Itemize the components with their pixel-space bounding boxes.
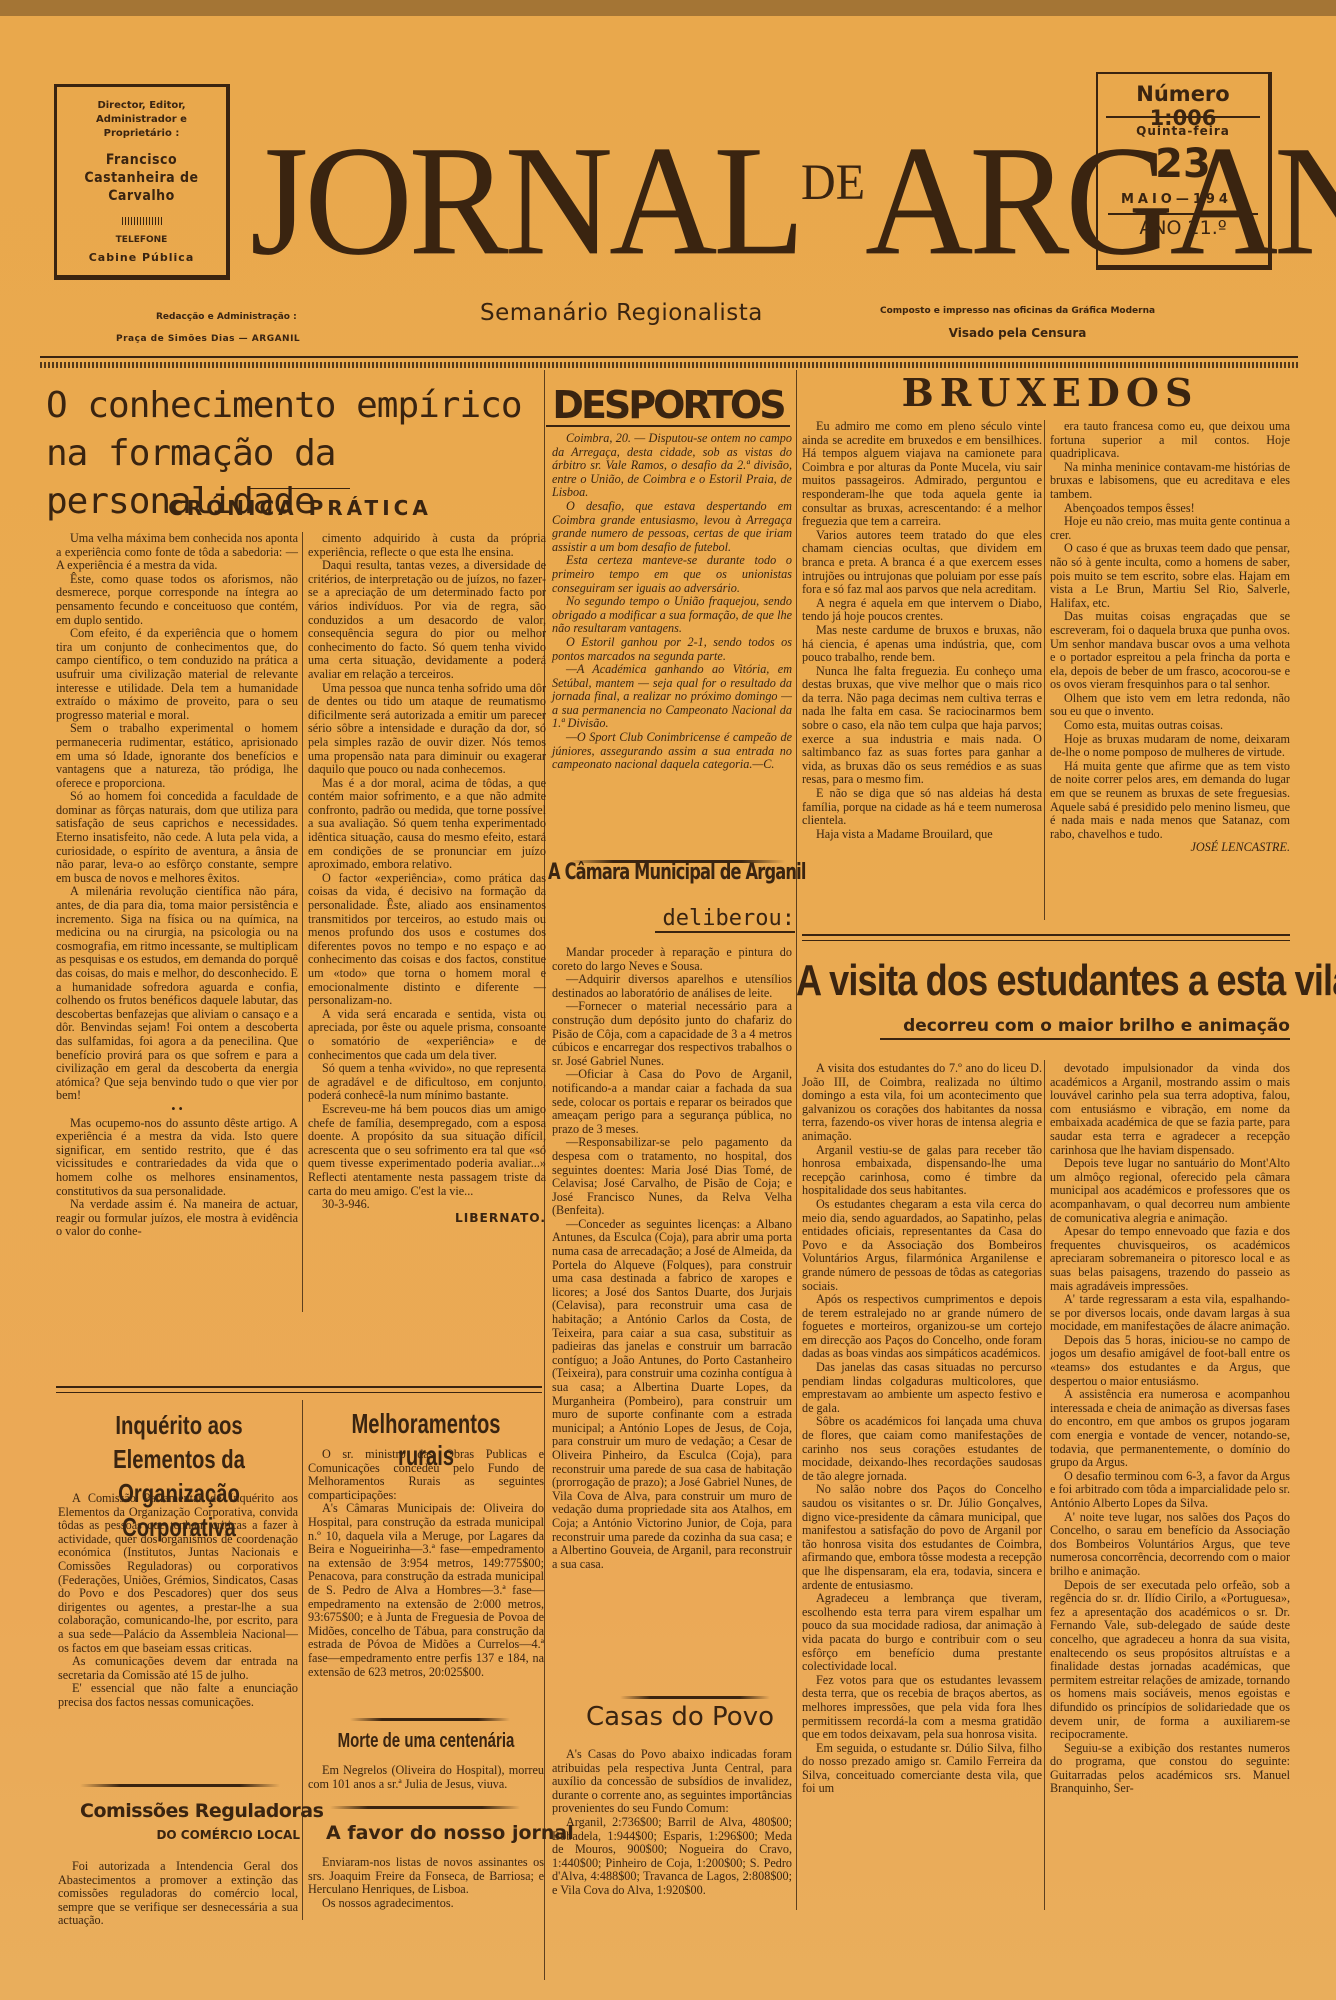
- separator-dots: • •: [56, 1103, 298, 1117]
- paragraph: Das muitas coisas engraçadas que se escr…: [1050, 610, 1290, 692]
- paragraph: Há muita gente que afirme que as tem vis…: [1050, 760, 1290, 842]
- paragraph: As comunicações devem dar entrada na sec…: [58, 1655, 298, 1682]
- morte-column: Em Negrelos (Oliveira do Hospital), morr…: [308, 1764, 544, 1791]
- paragraph: Haja vista a Madame Brouilard, que: [802, 828, 1042, 842]
- desportos-column: Coimbra, 20. — Disputou-se ontem no camp…: [552, 432, 792, 772]
- title-de: DE: [801, 155, 865, 211]
- masthead-dash-rule: [40, 362, 1298, 368]
- paragraph: O desafio terminou com 6-3, a favor da A…: [1050, 1470, 1290, 1511]
- bruxedos-column-1: Eu admiro me como em pleno século vinte …: [802, 420, 1042, 841]
- column-divider: [544, 370, 545, 1980]
- article-conhecimento-kicker: CRÓNICA PRÁTICA: [140, 496, 460, 520]
- paragraph: Escreveu-me há bem poucos dias um amigo …: [308, 1103, 546, 1198]
- paragraph: O desafio, que estava despertando em Coi…: [552, 500, 792, 554]
- printer-info: Composto e impresso nas oficinas da Gráf…: [880, 300, 1155, 344]
- dateline: 30-3-946.: [308, 1198, 546, 1212]
- paragraph: No segundo tempo o União fraquejou, send…: [552, 595, 792, 636]
- column-divider: [796, 370, 797, 1910]
- paragraph: Mas ocupemo-nos do assunto dêste artigo.…: [56, 1117, 298, 1199]
- paragraph: Depois teve lugar no santuário do Mont'A…: [1050, 1157, 1290, 1225]
- comissoes-column: Foi autorizada a Intendencia Geral dos A…: [58, 1860, 298, 1928]
- ornamental-divider: [330, 1806, 520, 1809]
- comissoes-subtitle: DO COMÉRCIO LOCAL: [140, 1828, 300, 1842]
- section-rule: [802, 940, 1290, 941]
- paragraph: Como esta, muitas outras coisas.: [1050, 719, 1290, 733]
- issue-weekday: Quinta-feira: [1098, 124, 1268, 138]
- paragraph: cimento adquirido à custa da própria exp…: [308, 532, 546, 559]
- issue-month-year: MAIO—1946: [1108, 192, 1258, 215]
- paragraph: Êste, como quase todos os aforismos, não…: [56, 573, 298, 627]
- paragraph: Na minha meninice contavam-me histórias …: [1050, 461, 1290, 502]
- paragraph: Depois das 5 horas, iniciou-se no campo …: [1050, 1334, 1290, 1388]
- paragraph: A negra é aquela em que intervem o Diabo…: [802, 597, 1042, 624]
- issue-box: Número 1:006 Quinta-feira 23 MAIO—1946 A…: [1096, 72, 1272, 270]
- paragraph: Em seguida, o estudante sr. Dúlio Silva,…: [802, 1742, 1042, 1796]
- paragraph: Coimbra, 20. — Disputou-se ontem no camp…: [552, 432, 792, 500]
- paragraph: Com efeito, é da experiência que o homem…: [56, 627, 298, 722]
- paragraph: Varios autores teem tratado do que eles …: [802, 529, 1042, 597]
- publisher-box: Director, Editor, Administrador e Propri…: [54, 84, 230, 280]
- section-rule: [56, 1386, 542, 1388]
- paragraph: Mandar proceder à reparação e pintura do…: [552, 946, 792, 973]
- paragraph: A' tarde regressaram a esta vila, espalh…: [1050, 1293, 1290, 1334]
- paragraph: Hoje as bruxas mudaram de nome, deixaram…: [1050, 733, 1290, 760]
- paragraph: A visita dos estudantes do 7.º ano do li…: [802, 1062, 1042, 1144]
- paragraph: Depois de ser executada pelo orfeão, sob…: [1050, 1579, 1290, 1742]
- paragraph: Sôbre os académicos foi lançada uma chuv…: [802, 1415, 1042, 1483]
- casas-povo-title: Casas do Povo: [560, 1702, 800, 1732]
- ornamental-divider: [80, 1784, 280, 1787]
- redacao-address: Praça de Simões Dias — ARGANIL: [116, 328, 300, 350]
- paragraph: No salão nobre dos Paços do Concelho sau…: [802, 1483, 1042, 1592]
- paragraph: Após os respectivos cumprimentos e depoi…: [802, 1293, 1042, 1361]
- visita-subtitle: decorreu com o maior brilho e animação: [880, 1016, 1290, 1040]
- paragraph: A milenária revolução científica não pár…: [56, 885, 298, 1103]
- paragraph: devotado impulsionador da vinda dos acad…: [1050, 1062, 1290, 1157]
- phone-label: TELEFONE: [65, 235, 218, 245]
- paragraph: Arganil, 2:736$00; Barril de Alva, 480$0…: [552, 1816, 792, 1898]
- paragraph: O sr. ministro das Obras Publicas e Comu…: [308, 1448, 544, 1502]
- paragraph: A vida será encarada e sentida, vista ou…: [308, 1008, 546, 1062]
- paragraph: —Adquirir diversos aparelhos e utensílio…: [552, 973, 792, 1000]
- column-divider: [302, 1400, 303, 1920]
- visita-title: A visita dos estudantes a esta vila: [796, 956, 1206, 1006]
- redacao-label: Redacção e Administração :: [116, 306, 300, 328]
- paragraph: Hoje eu não creio, mas muita gente conti…: [1050, 515, 1290, 542]
- paragraph: Uma pessoa que nunca tenha sofrido uma d…: [308, 682, 546, 777]
- casas-povo-column: A's Casas do Povo abaixo indicadas foram…: [552, 1748, 792, 1898]
- printer-line: Composto e impresso nas oficinas da Gráf…: [880, 300, 1155, 322]
- paragraph: Em Negrelos (Oliveira do Hospital), morr…: [308, 1764, 544, 1791]
- favor-column: Enviaram-nos listas de novos assinantes …: [308, 1856, 544, 1910]
- issue-year-label: ANO 21.º: [1098, 217, 1268, 239]
- column-divider: [1044, 420, 1045, 920]
- conhecimento-column-1: Uma velha máxima bem conhecida nos apont…: [56, 532, 298, 1239]
- paragraph: Fez votos para que os estudantes levasse…: [802, 1674, 1042, 1742]
- paragraph: Seguiu-se a exibição dos restantes numer…: [1050, 1742, 1290, 1796]
- paragraph: Apesar do tempo ennevoado que fazia e do…: [1050, 1225, 1290, 1293]
- paragraph: E não se diga que só nas aldeias há dest…: [802, 787, 1042, 828]
- camara-title: A Câmara Municipal de Arganil: [548, 860, 750, 885]
- issue-day: 23: [1098, 140, 1268, 188]
- paragraph: Arganil vestiu-se de galas para receber …: [802, 1144, 1042, 1198]
- paragraph: E' essencial que não falte a enunciação …: [58, 1682, 298, 1709]
- paragraph: Só quem a tenha «vivido», no que represe…: [308, 1062, 546, 1103]
- section-rule: [802, 934, 1290, 936]
- column-divider: [302, 532, 303, 1312]
- paragraph: —Fornecer o material necessário para a c…: [552, 1000, 792, 1068]
- paragraph: Abençoados tempos êsses!: [1050, 502, 1290, 516]
- paragraph: Enviaram-nos listas de novos assinantes …: [308, 1856, 544, 1897]
- publisher-name: Francisco Castanheira de Carvalho: [65, 151, 218, 205]
- newspaper-page: Director, Editor, Administrador e Propri…: [0, 0, 1336, 2000]
- desportos-title: DESPORTOS: [546, 383, 790, 427]
- camara-column: Mandar proceder à reparação e pintura do…: [552, 946, 792, 1571]
- paragraph: Mas neste cardume de bruxos e bruxas, nã…: [802, 624, 1042, 665]
- bruxedos-column-2: era tauto francesa como eu, que deixou u…: [1050, 420, 1290, 855]
- paragraph: Os estudantes chegaram a esta vila cerca…: [802, 1198, 1042, 1293]
- paragraph: Eu admiro me como em pleno século vinte …: [802, 420, 1042, 529]
- column-divider: [1044, 1060, 1045, 1910]
- camara-subtitle: deliberou:: [655, 906, 795, 933]
- paragraph: Só ao homem foi concedida a faculdade de…: [56, 790, 298, 885]
- paragraph: O Estoril ganhou por 2-1, sendo todos os…: [552, 636, 792, 663]
- paragraph: Na verdade assim é. Na maneira de actuar…: [56, 1198, 298, 1239]
- paragraph: O caso é que as bruxas teem dado que pen…: [1050, 542, 1290, 610]
- paragraph: Foi autorizada a Intendencia Geral dos A…: [58, 1860, 298, 1928]
- inquerito-column: A Comissão Parlamentar de Inquérito aos …: [58, 1492, 298, 1710]
- ornamental-divider: [350, 1718, 510, 1721]
- paragraph: A Comissão Parlamentar de Inquérito aos …: [58, 1492, 298, 1655]
- paragraph: A' noite teve lugar, nos salões dos Paço…: [1050, 1511, 1290, 1579]
- title-underline: [250, 488, 350, 489]
- masthead-rule: [40, 356, 1298, 358]
- title-part1: JORNAL: [250, 114, 801, 288]
- morte-title: Morte de uma centenária: [336, 1730, 516, 1753]
- paragraph: A's Câmaras Municipais de: Oliveira do H…: [308, 1502, 544, 1679]
- newspaper-subtitle: Semanário Regionalista: [480, 300, 763, 326]
- paragraph: Olhem que isto vem em letra redonda, não…: [1050, 692, 1290, 719]
- paragraph: O factor «experiência», como prática das…: [308, 872, 546, 1008]
- phone-value: Cabine Pública: [65, 251, 218, 264]
- paragraph: Uma velha máxima bem conhecida nos apont…: [56, 532, 298, 573]
- article-signature: LIBERNATO.: [308, 1212, 546, 1226]
- paragraph: Mas é a dor moral, acima de tôdas, a que…: [308, 777, 546, 872]
- section-rule: [56, 1392, 542, 1393]
- comissoes-title: Comissões Reguladoras: [80, 1800, 306, 1822]
- redacao-info: Redacção e Administração : Praça de Simõ…: [116, 306, 300, 350]
- visita-column-2: devotado impulsionador da vinda dos acad…: [1050, 1062, 1290, 1796]
- paragraph: Os nossos agradecimentos.: [308, 1897, 544, 1911]
- publisher-roles: Director, Editor, Administrador e Propri…: [65, 99, 218, 141]
- favor-title: A favor do nosso jornal: [326, 1822, 552, 1844]
- conhecimento-column-2: cimento adquirido à custa da própria exp…: [308, 532, 546, 1225]
- decorative-bar: [122, 217, 162, 225]
- ornamental-divider: [620, 1696, 770, 1699]
- paragraph: era tauto francesa como eu, que deixou u…: [1050, 420, 1290, 461]
- paragraph: Nunca lhe falta freguezia. Eu conheço um…: [802, 665, 1042, 787]
- censor-line: Visado pela Censura: [880, 322, 1155, 344]
- paragraph: —Responsabilizar-se pelo pagamento da de…: [552, 1136, 792, 1218]
- melhoramentos-column: O sr. ministro das Obras Publicas e Comu…: [308, 1448, 544, 1679]
- paragraph: —Conceder as seguintes licenças: a Alban…: [552, 1218, 792, 1571]
- paragraph: Das janelas das casas situadas no percur…: [802, 1361, 1042, 1415]
- issue-number: Número 1:006: [1106, 74, 1260, 118]
- article-signature: JOSÉ LENCASTRE.: [1050, 841, 1290, 855]
- paragraph: Esta certeza manteve-se durante todo o p…: [552, 554, 792, 595]
- newspaper-title: JORNALDEARGANIL: [250, 83, 1080, 283]
- paragraph: Sem o trabalho experimental o homem perm…: [56, 722, 298, 790]
- paragraph: —O Sport Club Conimbricense é campeão de…: [552, 731, 792, 772]
- paragraph: —A Académica ganhando ao Vitória, em Set…: [552, 663, 792, 731]
- paragraph: Agradeceu a lembrança que tiveram, escol…: [802, 1592, 1042, 1674]
- paragraph: —Oficiar à Casa do Povo de Arganil, noti…: [552, 1068, 792, 1136]
- page-top-edge: [0, 0, 1336, 16]
- paragraph: Daqui resulta, tantas vezes, a diversida…: [308, 559, 546, 681]
- bruxedos-title: BRUXEDOS: [870, 370, 1230, 415]
- paragraph: A's Casas do Povo abaixo indicadas foram…: [552, 1748, 792, 1816]
- paragraph: A assistência era numerosa e acompanhou …: [1050, 1388, 1290, 1470]
- visita-column-1: A visita dos estudantes do 7.º ano do li…: [802, 1062, 1042, 1796]
